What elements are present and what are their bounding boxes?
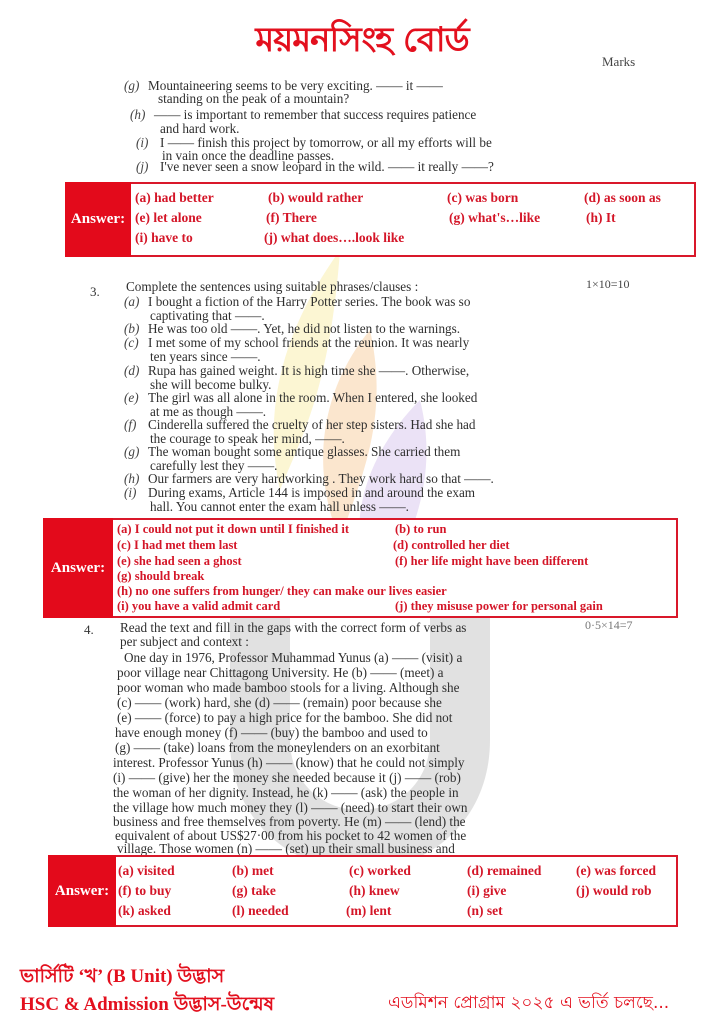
answer-item: (i) give — [467, 883, 506, 899]
item-text: I've never seen a snow leopard in the wi… — [160, 159, 494, 174]
question-marks: 0·5×14=7 — [585, 618, 633, 632]
answer-item: (a) visited — [118, 863, 175, 879]
answer-item: (h) It — [586, 210, 616, 226]
item-label: (c) — [124, 336, 148, 350]
passage-line: poor village near Chittagong University.… — [117, 666, 444, 680]
item-text: During exams, Article 144 is imposed in … — [148, 485, 475, 500]
marks-label: Marks — [602, 54, 635, 70]
answer-item: (i) you have a valid admit card — [117, 599, 280, 614]
question-instruction-cont: per subject and context : — [120, 635, 249, 649]
answer-item: (i) have to — [135, 230, 193, 246]
answer-item: (d) controlled her diet — [393, 538, 510, 553]
answer-item: (a) I could not put it down until I fini… — [117, 522, 349, 537]
question-item: (d)Rupa has gained weight. It is high ti… — [124, 364, 469, 378]
answer-item: (d) as soon as — [584, 190, 661, 206]
item-text: The girl was all alone in the room. When… — [148, 390, 477, 405]
answer-item: (e) was forced — [576, 863, 656, 879]
item-text: Our farmers are very hardworking . They … — [148, 471, 494, 486]
answer-item: (l) needed — [232, 903, 289, 919]
item-label: (i) — [136, 136, 160, 150]
answer-item: (j) what does….look like — [264, 230, 404, 246]
answer-item: (b) would rather — [268, 190, 363, 206]
item-label: (j) — [136, 160, 160, 174]
item-label: (h) — [130, 108, 154, 122]
passage-line: have enough money (f) —— (buy) the bambo… — [115, 726, 428, 740]
answer-item: (c) worked — [349, 863, 411, 879]
answer-item: (d) remained — [467, 863, 541, 879]
question-item: (h)Our farmers are very hardworking . Th… — [124, 472, 494, 486]
answer-grid: (a) had better (b) would rather (c) was … — [131, 184, 694, 255]
question-number: 3. — [90, 285, 100, 299]
question-item: (i)During exams, Article 144 is imposed … — [124, 486, 475, 500]
question-item: (g)The woman bought some antique glasses… — [124, 445, 460, 459]
answer-box-1: Answer: (a) had better (b) would rather … — [65, 182, 696, 257]
item-label: (d) — [124, 364, 148, 378]
answer-item: (j) they misuse power for personal gain — [395, 599, 603, 614]
answer-grid: (a) visited (b) met (c) worked (d) remai… — [116, 857, 676, 925]
footer-admission-notice: এডমিশন প্রোগ্রাম ২০২৫ এ ভর্তি চলছে... — [388, 990, 669, 1018]
passage-line: One day in 1976, Professor Muhammad Yunu… — [124, 651, 462, 665]
item-text: Rupa has gained weight. It is high time … — [148, 363, 469, 378]
question-marks: 1×10=10 — [586, 277, 630, 291]
question-item: (a)I bought a fiction of the Harry Potte… — [124, 295, 470, 309]
item-label: (f) — [124, 418, 148, 432]
passage-line: the village how much money they (l) —— (… — [113, 801, 468, 815]
answer-item: (c) was born — [447, 190, 518, 206]
answer-item: (m) lent — [346, 903, 391, 919]
answer-item: (n) set — [467, 903, 503, 919]
footer-program-label: HSC & Admission উদ্ভাস-উন্মেষ — [20, 990, 274, 1022]
answer-box-2: Answer: (a) I could not put it down unti… — [43, 518, 678, 618]
answer-item: (f) her life might have been different — [395, 554, 588, 569]
answer-item: (k) asked — [118, 903, 171, 919]
answer-item: (e) let alone — [135, 210, 202, 226]
question-instruction: Complete the sentences using suitable ph… — [126, 280, 418, 294]
passage-line: poor woman who made bamboo stools for a … — [117, 681, 459, 695]
answer-item: (c) I had met them last — [117, 538, 237, 553]
answer-item: (a) had better — [135, 190, 214, 206]
question-item-cont: standing on the peak of a mountain? — [158, 92, 349, 106]
answer-item: (h) no one suffers from hunger/ they can… — [117, 584, 447, 599]
item-text: The woman bought some antique glasses. S… — [148, 444, 460, 459]
answer-box-3: Answer: (a) visited (b) met (c) worked (… — [48, 855, 678, 927]
answer-item: (g) what's…like — [449, 210, 540, 226]
answer-item: (g) should break — [117, 569, 204, 584]
passage-line: (g) —— (take) loans from the moneylender… — [115, 741, 440, 755]
question-item: (j)I've never seen a snow leopard in the… — [136, 160, 494, 174]
question-item: (h)—— is important to remember that succ… — [130, 108, 476, 122]
passage-line: (i) —— (give) her the money she needed b… — [113, 771, 461, 785]
answer-grid: (a) I could not put it down until I fini… — [113, 520, 676, 616]
answer-item: (f) to buy — [118, 883, 171, 899]
item-text: I bought a fiction of the Harry Potter s… — [148, 294, 470, 309]
passage-line: (c) —— (work) hard, she (d) —— (remain) … — [117, 696, 442, 710]
answer-item: (b) met — [232, 863, 274, 879]
question-item: (e)The girl was all alone in the room. W… — [124, 391, 477, 405]
item-text: He was too old ——. Yet, he did not liste… — [148, 321, 460, 336]
question-item: (f)Cinderella suffered the cruelty of he… — [124, 418, 476, 432]
item-label: (e) — [124, 391, 148, 405]
item-label: (g) — [124, 79, 148, 93]
answer-item: (b) to run — [395, 522, 446, 537]
answer-item: (h) knew — [349, 883, 400, 899]
answer-item: (j) would rob — [576, 883, 652, 899]
passage-line: business and free themselves from povert… — [113, 815, 466, 829]
answer-tag: Answer: — [43, 518, 113, 618]
item-label: (b) — [124, 322, 148, 336]
answer-item: (f) There — [266, 210, 317, 226]
item-text: I met some of my school friends at the r… — [148, 335, 469, 350]
passage-line: interest. Professor Yunus (h) —— (know) … — [113, 756, 465, 770]
question-instruction: Read the text and fill in the gaps with … — [120, 621, 466, 635]
item-label: (i) — [124, 486, 148, 500]
answer-item: (g) take — [232, 883, 276, 899]
item-text: —— is important to remember that success… — [154, 107, 476, 122]
passage-line: (e) —— (force) to pay a high price for t… — [117, 711, 452, 725]
question-item: (c)I met some of my school friends at th… — [124, 336, 469, 350]
question-number: 4. — [84, 623, 94, 637]
answer-item: (e) she had seen a ghost — [117, 554, 242, 569]
item-label: (h) — [124, 472, 148, 486]
item-text: Cinderella suffered the cruelty of her s… — [148, 417, 476, 432]
answer-tag: Answer: — [65, 182, 131, 257]
item-label: (g) — [124, 445, 148, 459]
passage-line: the woman of her dignity. Instead, he (k… — [113, 786, 459, 800]
answer-tag: Answer: — [48, 855, 116, 927]
item-label: (a) — [124, 295, 148, 309]
question-item: (b)He was too old ——. Yet, he did not li… — [124, 322, 460, 336]
question-item-cont: and hard work. — [160, 122, 239, 136]
question-item-cont: ten years since ——. — [150, 350, 261, 364]
